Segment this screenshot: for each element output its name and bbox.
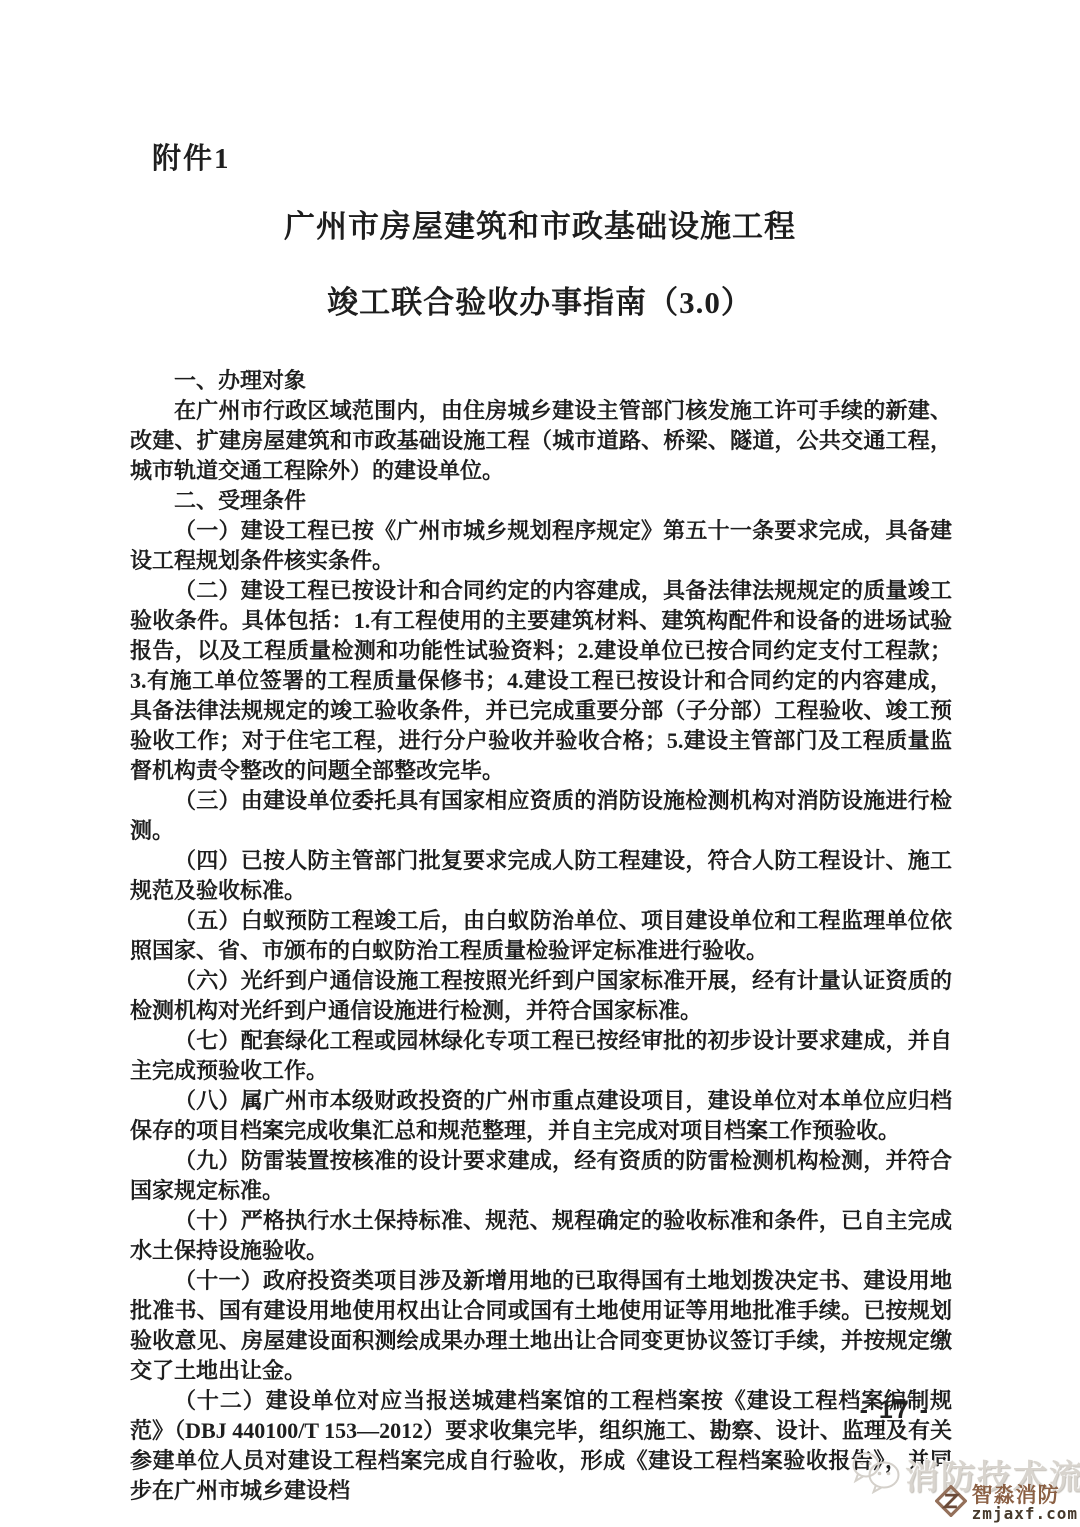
paragraph: （十一）政府投资类项目涉及新增用地的已取得国有土地划拨决定书、建设用地批准书、国… — [130, 1266, 952, 1386]
paragraph: （九）防雷装置按核准的设计要求建成，经有资质的防雷检测机构检测，并符合国家规定标… — [130, 1146, 952, 1206]
brand-name: 智淼消防 — [972, 1484, 1078, 1506]
section-heading: 一、办理对象 — [130, 366, 952, 396]
paragraph: （八）属广州市本级财政投资的广州市重点建设项目，建设单位对本单位应归档保存的项目… — [130, 1086, 952, 1146]
page-number: - 17 - — [860, 1396, 930, 1425]
document-body: 一、办理对象 在广州市行政区域范围内，由住房城乡建设主管部门核发施工许可手续的新… — [130, 366, 952, 1506]
paragraph: （七）配套绿化工程或园林绿化专项工程已按经审批的初步设计要求建成，并自主完成预验… — [130, 1026, 952, 1086]
brand-badge: 智淼消防 zmjaxf.com — [935, 1484, 1078, 1523]
attachment-label: 附件1 — [152, 136, 231, 177]
paragraph: 在广州市行政区域范围内，由住房城乡建设主管部门核发施工许可手续的新建、改建、扩建… — [130, 396, 952, 486]
document-page: 附件1 广州市房屋建筑和市政基础设施工程 竣工联合验收办事指南（3.0） 一、办… — [0, 0, 1080, 1527]
paragraph: （十二）建设单位对应当报送城建档案馆的工程档案按《建设工程档案编制规范》（DBJ… — [130, 1386, 952, 1506]
brand-texts: 智淼消防 zmjaxf.com — [972, 1484, 1078, 1523]
document-title-line2: 竣工联合验收办事指南（3.0） — [0, 277, 1080, 322]
wechat-icon — [850, 1450, 902, 1499]
paragraph: （六）光纤到户通信设施工程按照光纤到户国家标准开展，经有计量认证资质的检测机构对… — [130, 966, 952, 1026]
section-heading: 二、受理条件 — [130, 486, 952, 516]
paragraph: （三）由建设单位委托具有国家相应资质的消防设施检测机构对消防设施进行检测。 — [130, 786, 952, 846]
zhimiao-logo-icon — [935, 1485, 967, 1522]
paragraph: （十）严格执行水土保持标准、规范、规程确定的验收标准和条件，已自主完成水土保持设… — [130, 1206, 952, 1266]
paragraph: （四）已按人防主管部门批复要求完成人防工程建设，符合人防工程设计、施工规范及验收… — [130, 846, 952, 906]
brand-url: zmjaxf.com — [972, 1506, 1078, 1523]
paragraph: （二）建设工程已按设计和合同约定的内容建成，具备法律法规规定的质量竣工验收条件。… — [130, 576, 952, 786]
paragraph: （五）白蚁预防工程竣工后，由白蚁防治单位、项目建设单位和工程监理单位依照国家、省… — [130, 906, 952, 966]
document-title-line1: 广州市房屋建筑和市政基础设施工程 — [0, 201, 1080, 246]
paragraph: （一）建设工程已按《广州市城乡规划程序规定》第五十一条要求完成，具备建设工程规划… — [130, 516, 952, 576]
